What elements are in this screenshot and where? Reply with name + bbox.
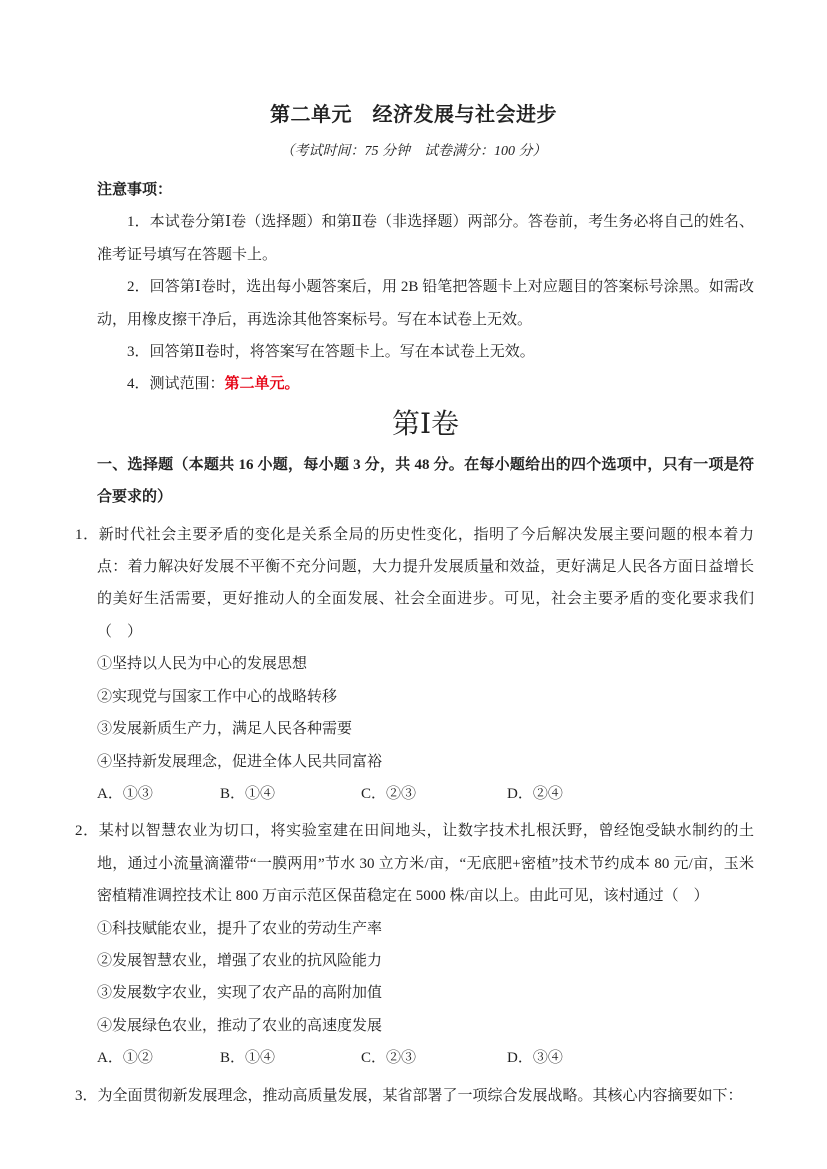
question-2-stem: 2．某村以智慧农业为切口，将实验室建在田间地头，让数字技术扎根沃野，曾经饱受缺水…: [97, 815, 754, 912]
section1-intro: 一、选择题（本题共 16 小题，每小题 3 分，共 48 分。在每小题给出的四个…: [97, 449, 754, 514]
question-3: 3．为全面贯彻新发展理念，推动高质量发展，某省部署了一项综合发展战略。其核心内容…: [97, 1080, 754, 1112]
notice-item-1: 1．本试卷分第Ⅰ卷（选择题）和第Ⅱ卷（非选择题）两部分。答卷前，考生务必将自己的…: [97, 206, 754, 271]
question-2-statement-3: ③发展数字农业，实现了农产品的高附加值: [97, 977, 754, 1009]
question-1-option-a: A．①③: [97, 778, 220, 810]
question-1-option-c: C．②③: [361, 778, 507, 810]
exam-paper-page: 第二单元 经济发展与社会进步 （考试时间：75 分钟 试卷满分：100 分） 注…: [0, 0, 827, 1112]
question-1-options: A．①③ B．①④ C．②③ D．②④: [97, 778, 754, 810]
question-2-option-d: D．③④: [507, 1042, 754, 1074]
question-3-stem: 3．为全面贯彻新发展理念，推动高质量发展，某省部署了一项综合发展战略。其核心内容…: [97, 1080, 754, 1112]
question-1-stem: 1．新时代社会主要矛盾的变化是关系全局的历史性变化，指明了今后解决发展主要问题的…: [97, 519, 754, 649]
question-1-option-d: D．②④: [507, 778, 754, 810]
notice-item-4: 4．测试范围：第二单元。: [97, 368, 754, 400]
notice-heading: 注意事项：: [97, 174, 754, 206]
section1-heading: 第Ⅰ卷: [97, 401, 754, 449]
question-2-statement-1: ①科技赋能农业，提升了农业的劳动生产率: [97, 913, 754, 945]
notice-item-4-prefix: 4．测试范围：: [127, 376, 225, 392]
notice-item-3: 3．回答第Ⅱ卷时，将答案写在答题卡上。写在本试卷上无效。: [97, 336, 754, 368]
question-1-statement-3: ③发展新质生产力，满足人民各种需要: [97, 713, 754, 745]
question-1-statement-4: ④坚持新发展理念，促进全体人民共同富裕: [97, 746, 754, 778]
notice-item-2: 2．回答第Ⅰ卷时，选出每小题答案后，用 2B 铅笔把答题卡上对应题目的答案标号涂…: [97, 271, 754, 336]
test-range-highlight: 第二单元。: [225, 376, 300, 392]
question-2-statement-2: ②发展智慧农业，增强了农业的抗风险能力: [97, 945, 754, 977]
question-2-options: A．①② B．①④ C．②③ D．③④: [97, 1042, 754, 1074]
page-title: 第二单元 经济发展与社会进步: [0, 100, 827, 130]
question-1-option-b: B．①④: [220, 778, 361, 810]
question-2: 2．某村以智慧农业为切口，将实验室建在田间地头，让数字技术扎根沃野，曾经饱受缺水…: [97, 815, 754, 1074]
question-1-statement-1: ①坚持以人民为中心的发展思想: [97, 648, 754, 680]
question-2-statement-4: ④发展绿色农业，推动了农业的高速度发展: [97, 1010, 754, 1042]
page-content: 注意事项： 1．本试卷分第Ⅰ卷（选择题）和第Ⅱ卷（非选择题）两部分。答卷前，考生…: [0, 174, 827, 1112]
question-2-option-c: C．②③: [361, 1042, 507, 1074]
question-1-statement-2: ②实现党与国家工作中心的战略转移: [97, 681, 754, 713]
question-2-option-b: B．①④: [220, 1042, 361, 1074]
exam-info-line: （考试时间：75 分钟 试卷满分：100 分）: [0, 142, 827, 162]
question-2-option-a: A．①②: [97, 1042, 220, 1074]
question-1: 1．新时代社会主要矛盾的变化是关系全局的历史性变化，指明了今后解决发展主要问题的…: [97, 519, 754, 811]
